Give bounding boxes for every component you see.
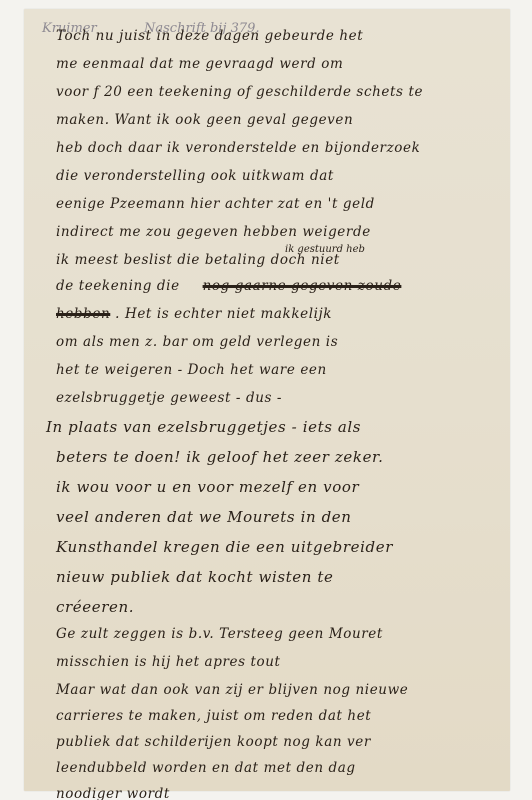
- text-line: ik wou voor u en voor mezelf en voor: [56, 478, 359, 496]
- text-line: ezelsbruggetje geweest - dus -: [56, 390, 282, 406]
- inserted-text: ik gestuurd heb: [285, 244, 365, 255]
- text-line: indirect me zou gegeven hebben weigerde: [56, 224, 371, 240]
- text-fragment: de teekening die: [56, 278, 180, 294]
- text-line: het te weigeren - Doch het ware een: [56, 362, 327, 378]
- text-line: Kunsthandel kregen die een uitgebreider: [56, 538, 393, 556]
- text-line: leendubbeld worden en dat met den dag: [56, 760, 356, 776]
- text-line: In plaats van ezelsbruggetjes - iets als: [46, 418, 361, 436]
- text-line: nieuw publiek dat kocht wisten te: [56, 568, 334, 586]
- struck-text: nog gaarne gegeven zoude: [203, 278, 402, 294]
- text-line: carrieres te maken, juist om reden dat h…: [56, 708, 371, 724]
- text-line: beters te doen! ik geloof het zeer zeker…: [56, 448, 384, 466]
- text-line: die veronderstelling ook uitkwam dat: [56, 168, 334, 184]
- text-line: de teekening die nog gaarne gegeven zoud…: [56, 278, 401, 294]
- text-line: misschien is hij het apres tout: [56, 654, 281, 670]
- text-line: maken. Want ik ook geen geval gegeven: [56, 112, 353, 128]
- text-line: Ge zult zeggen is b.v. Tersteeg geen Mou…: [56, 626, 383, 642]
- text-line: noodiger wordt: [56, 786, 170, 800]
- text-line: créeeren.: [56, 598, 134, 616]
- text-fragment: . Het is echter niet makkelijk: [115, 306, 332, 322]
- text-line: om als men z. bar om geld verlegen is: [56, 334, 338, 350]
- text-line: publiek dat schilderijen koopt nog kan v…: [56, 734, 371, 750]
- text-line: voor f 20 een teekening of geschilderde …: [56, 84, 423, 100]
- text-line: eenige Pzeemann hier achter zat en 't ge…: [56, 196, 375, 212]
- text-line: veel anderen dat we Mourets in den: [56, 508, 352, 526]
- text-line: Maar wat dan ook van zij er blijven nog …: [56, 682, 408, 698]
- struck-text: hebben: [56, 306, 110, 322]
- text-line: hebben . Het is echter niet makkelijk: [56, 306, 332, 322]
- text-line: Toch nu juist in deze dagen gebeurde het: [56, 28, 363, 44]
- text-line: heb doch daar ik veronderstelde en bijon…: [56, 140, 420, 156]
- text-line: me eenmaal dat me gevraagd werd om: [56, 56, 343, 72]
